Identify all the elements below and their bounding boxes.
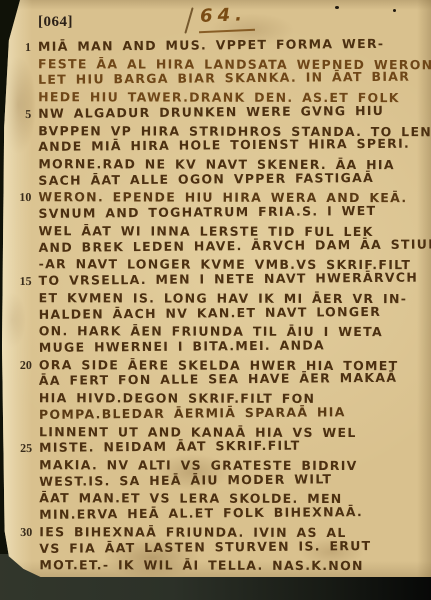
line-number: 5 bbox=[4, 107, 38, 122]
line-text: SVNUM AND TOGHATRUM FRIA.S. I WET bbox=[38, 203, 376, 221]
line-number: 25 bbox=[5, 441, 39, 456]
manuscript-line: 5NW ALGADUR DRUNKEN WERE GVNG HIU bbox=[4, 105, 427, 123]
manuscript-line: 15TO VRSELLA. MEN I NETE NAVT HWERĀRVCH bbox=[5, 272, 428, 290]
line-number: 10 bbox=[4, 190, 38, 205]
manuscript-line: MIN.ERVA HEĀ AL.ET FOLK BIHEXNAĀ. bbox=[5, 506, 428, 524]
manuscript-line: SVNUM AND TOGHATRUM FRIA.S. I WET bbox=[4, 205, 427, 223]
manuscript-line: LET HIU BARGA BIAR SKANKA. IN ĀAT BIAR bbox=[4, 71, 427, 89]
manuscript-line: HIA HIVD.DEGON SKRIF.FILT FON bbox=[5, 389, 428, 407]
manuscript-line: ĀA FERT FON ALLE SEA HAVE ĀER MAKAĀ bbox=[5, 372, 428, 390]
line-text: MOT.ET.- IK WIL ĀI TELLA. NAS.K.NON bbox=[39, 557, 363, 573]
manuscript-line: VS FIA ĀAT LASTEN STURVEN IS. ERUT bbox=[5, 539, 428, 557]
manuscript-line: POMPA.BLEDAR ĀERMIĀ SPARAĀ HIA bbox=[5, 406, 428, 424]
line-text: HALDEN ĀACH NV KAN.ET NAVT LONGER bbox=[39, 303, 382, 321]
page-number-underline bbox=[199, 29, 255, 33]
manuscript-line: ON. HARK ĀEN FRIUNDA TIL ĀIU I WETA bbox=[5, 322, 428, 340]
manuscript-line: MAKIA. NV ALTI VS GRATESTE BIDRIV bbox=[5, 456, 428, 474]
line-number: 15 bbox=[5, 274, 39, 289]
line-number: 30 bbox=[5, 525, 39, 540]
manuscript-line: AND BREK LEDEN HAVE. ĀRVCH DAM ĀA STIUR- bbox=[5, 239, 428, 257]
manuscript-line: MUGE HWERNEI I BITA.MEI. ANDA bbox=[5, 339, 428, 357]
manuscript-line: 25MISTE. NEIDAM ĀAT SKRIF.FILT bbox=[5, 439, 428, 457]
manuscript-line: HALDEN ĀACH NV KAN.ET NAVT LONGER bbox=[5, 305, 428, 323]
line-text: NW ALGADUR DRUNKEN WERE GVNG HIU bbox=[38, 103, 384, 121]
manuscript-line: 1MIĀ MAN AND MUS. VPPET FORMA WER- bbox=[4, 38, 427, 56]
handwritten-page-number: 64. bbox=[200, 4, 248, 27]
manuscript-line: SACH ĀAT ALLE OGON VPPER FASTIGAĀ bbox=[4, 172, 427, 190]
line-text: VS FIA ĀAT LASTEN STURVEN IS. ERUT bbox=[39, 538, 371, 556]
line-text: MIN.ERVA HEĀ AL.ET FOLK BIHEXNAĀ. bbox=[39, 504, 363, 522]
ink-speck bbox=[335, 6, 339, 9]
manuscript-page: [064] 64. 1MIĀ MAN AND MUS. VPPET FORMA … bbox=[2, 0, 431, 577]
line-text: MUGE HWERNEI I BITA.MEI. ANDA bbox=[39, 337, 325, 354]
line-text: IES BIHEXNAĀ FRIUNDA. IVIN AS AL bbox=[39, 524, 346, 540]
manuscript-line: MOT.ET.- IK WIL ĀI TELLA. NAS.K.NON bbox=[5, 556, 428, 574]
line-text: ANDE MIĀ HIRA HOLE TOIENST HIRA SPERI. bbox=[38, 136, 410, 154]
line-text: MISTE. NEIDAM ĀAT SKRIF.FILT bbox=[39, 438, 301, 455]
line-number: 20 bbox=[5, 358, 39, 373]
line-text: POMPA.BLEDAR ĀERMIĀ SPARAĀ HIA bbox=[39, 404, 346, 422]
manuscript-text-block: 1MIĀ MAN AND MUS. VPPET FORMA WER-FESTE … bbox=[4, 38, 428, 574]
line-text: WEST.IS. SA HEĀ ĀIU MODER WILT bbox=[39, 471, 332, 489]
line-number: 1 bbox=[4, 40, 38, 55]
line-text: HIA HIVD.DEGON SKRIF.FILT FON bbox=[39, 390, 315, 406]
manuscript-line: WEST.IS. SA HEĀ ĀIU MODER WILT bbox=[5, 473, 428, 491]
line-text: LET HIU BARGA BIAR SKANKA. IN ĀAT BIAR bbox=[38, 69, 410, 87]
line-text: LINNENT UT AND KANAĀ HIA VS WEL bbox=[39, 424, 357, 440]
line-text: ĀA FERT FON ALLE SEA HAVE ĀER MAKAĀ bbox=[39, 370, 398, 388]
manuscript-line: ANDE MIĀ HIRA HOLE TOIENST HIRA SPERI. bbox=[4, 138, 427, 156]
stray-ink-stroke bbox=[184, 7, 193, 34]
line-text: AND BREK LEDEN HAVE. ĀRVCH DAM ĀA STIUR- bbox=[38, 236, 431, 255]
line-text: MIĀ MAN AND MUS. VPPET FORMA WER- bbox=[38, 36, 384, 54]
line-text: TO VRSELLA. MEN I NETE NAVT HWERĀRVCH bbox=[39, 270, 419, 288]
line-text: ON. HARK ĀEN FRIUNDA TIL ĀIU I WETA bbox=[39, 323, 383, 339]
editorial-page-label: [064] bbox=[38, 14, 73, 31]
ink-speck bbox=[393, 9, 396, 12]
line-text: SACH ĀAT ALLE OGON VPPER FASTIGAĀ bbox=[38, 170, 374, 188]
